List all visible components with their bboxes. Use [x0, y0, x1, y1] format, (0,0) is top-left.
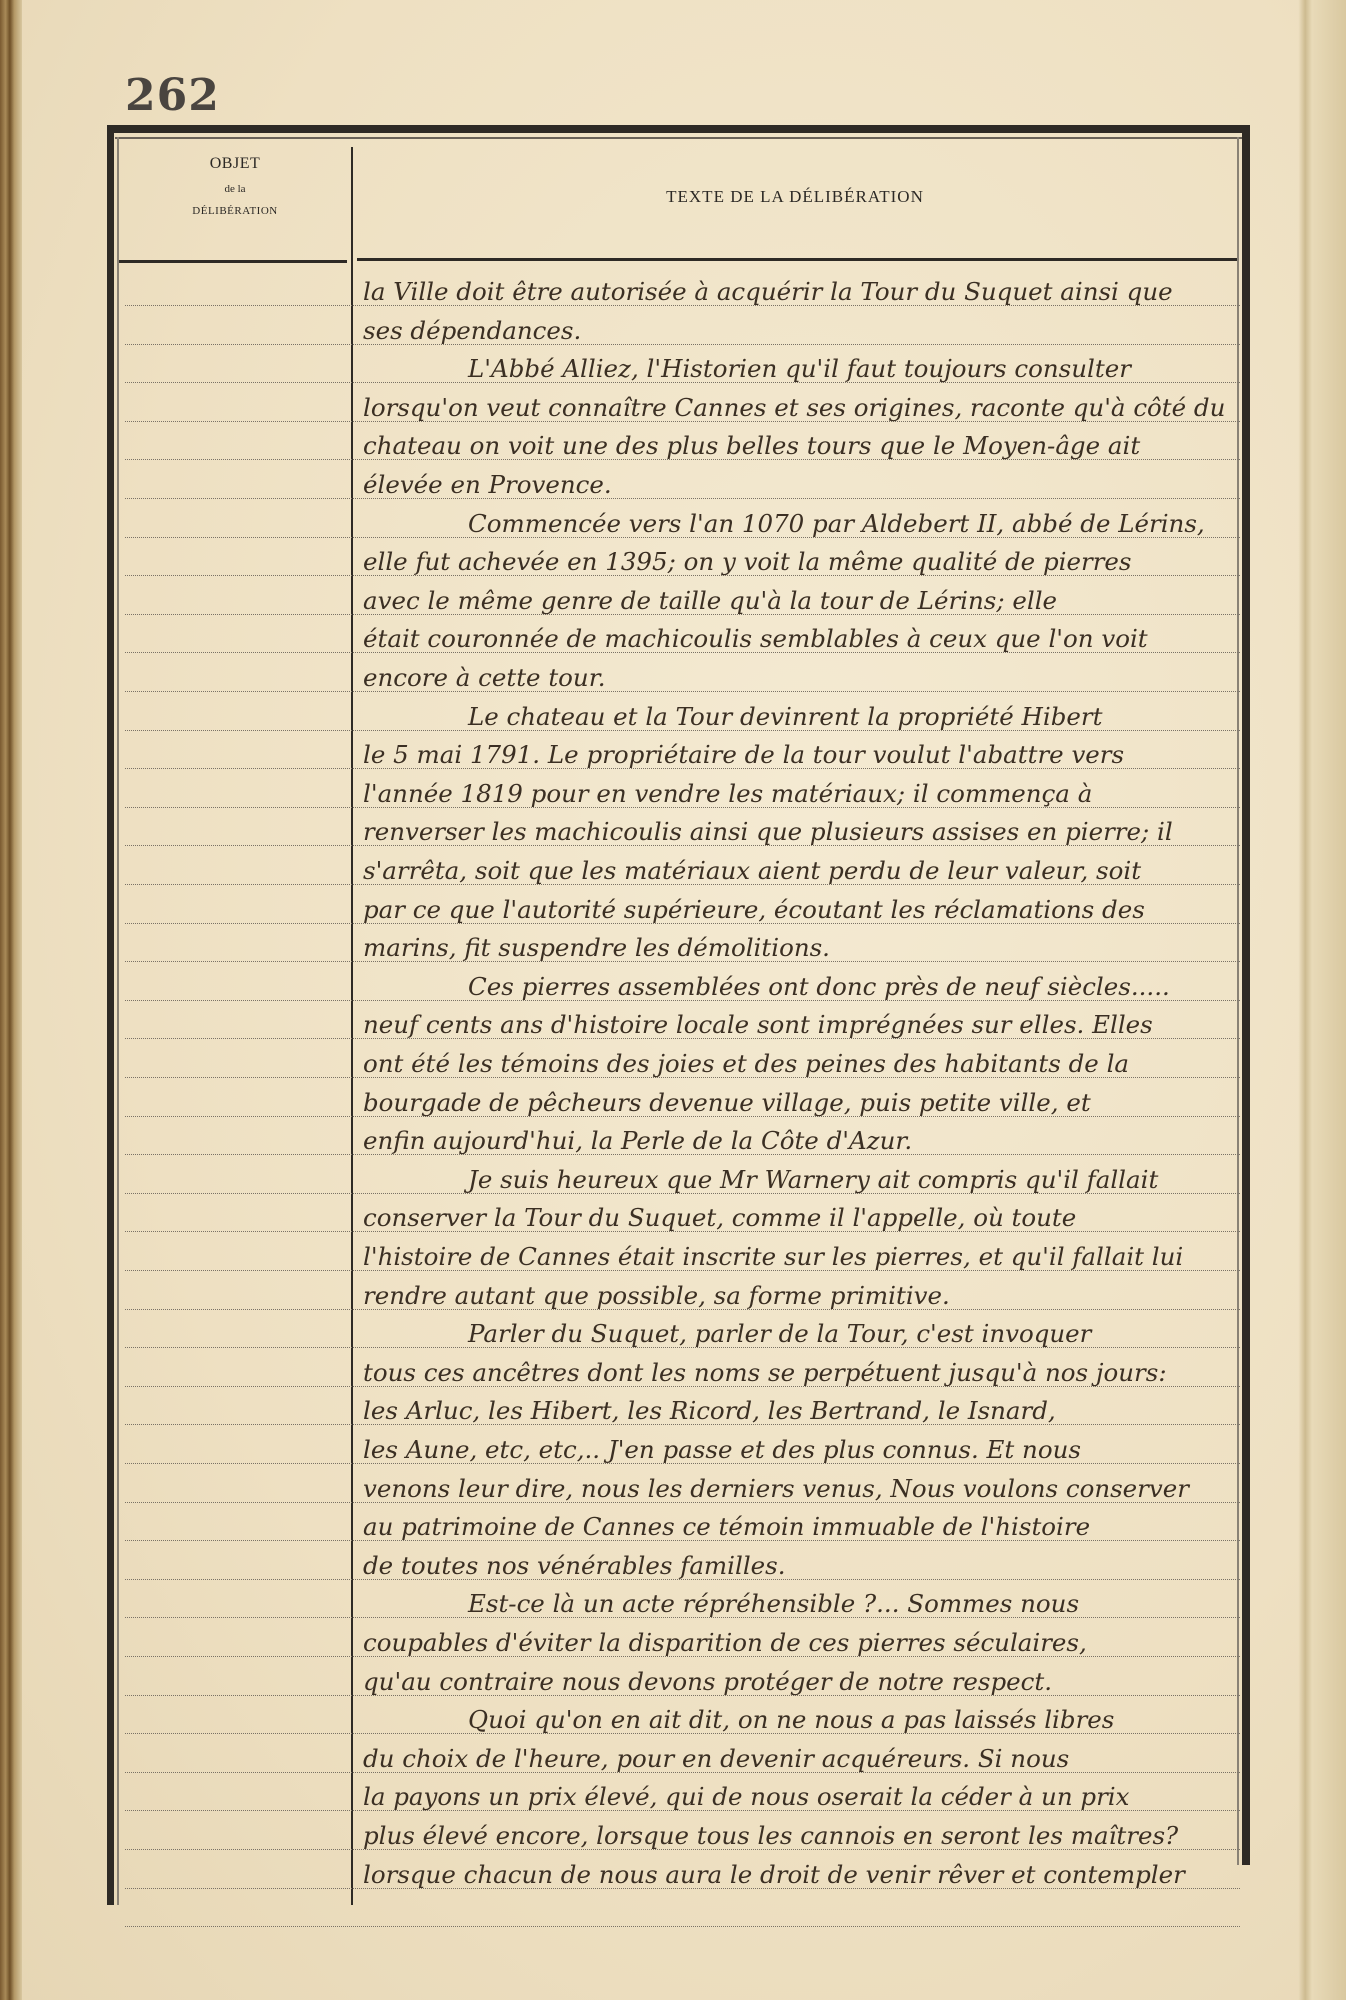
text-line: du choix de l'heure, pour en devenir acq… — [363, 1740, 1069, 1778]
text-line: rendre autant que possible, sa forme pri… — [363, 1277, 950, 1315]
text-line: plus élevé encore, lorsque tous les cann… — [363, 1817, 1178, 1855]
text-line: s'arrêta, soit que les matériaux aient p… — [363, 852, 1141, 890]
text-line: qu'au contraire nous devons protéger de … — [363, 1663, 1052, 1701]
text-line: elle fut achevée en 1395; on y voit la m… — [363, 543, 1131, 581]
text-line: enfin aujourd'hui, la Perle de la Côte d… — [363, 1122, 912, 1160]
text-line: coupables d'éviter la disparition de ces… — [363, 1624, 1087, 1662]
text-line: par ce que l'autorité supérieure, écouta… — [363, 891, 1145, 929]
text-line: Le chateau et la Tour devinrent la propr… — [363, 698, 1102, 736]
text-line: ont été les témoins des joies et des pei… — [363, 1045, 1129, 1083]
text-line: Je suis heureux que Mr Warnery ait compr… — [363, 1161, 1158, 1199]
text-line: bourgade de pêcheurs devenue village, pu… — [363, 1084, 1091, 1122]
text-line: lorsqu'on veut connaître Cannes et ses o… — [363, 389, 1225, 427]
text-line: au patrimoine de Cannes ce témoin immuab… — [363, 1508, 1090, 1546]
text-line: élevée en Provence. — [363, 466, 612, 504]
text-line: le 5 mai 1791. Le propriétaire de la tou… — [363, 736, 1124, 774]
frame-border-top-inner — [115, 137, 1242, 139]
text-line: les Arluc, les Hibert, les Ricord, les B… — [363, 1392, 1056, 1430]
ruled-line — [125, 1926, 1240, 1928]
register-page: 262 OBJET de la DÉLIBÉRATION TEXTE DE LA… — [0, 0, 1346, 2000]
text-line: conserver la Tour du Suquet, comme il l'… — [363, 1199, 1076, 1237]
text-line: de toutes nos vénérables familles. — [363, 1547, 786, 1585]
page-number: 262 — [125, 70, 220, 121]
text-line: venons leur dire, nous les derniers venu… — [363, 1470, 1189, 1508]
text-line: les Aune, etc, etc,.. J'en passe et des … — [363, 1431, 1081, 1469]
text-line: L'Abbé Alliez, l'Historien qu'il faut to… — [363, 350, 1131, 388]
text-line: encore à cette tour. — [363, 659, 606, 697]
text-line: la Ville doit être autorisée à acquérir … — [363, 273, 1173, 311]
ruled-line — [125, 691, 1240, 693]
ruled-line — [125, 344, 1240, 346]
book-binding — [0, 0, 22, 2000]
ruled-line — [125, 498, 1240, 500]
text-line: la payons un prix élevé, qui de nous ose… — [363, 1778, 1129, 1816]
text-line: Est-ce là un acte répréhensible ?... Som… — [363, 1585, 1079, 1623]
text-line: Parler du Suquet, parler de la Tour, c'e… — [363, 1315, 1091, 1353]
text-line: chateau on voit une des plus belles tour… — [363, 427, 1140, 465]
text-line: Commencée vers l'an 1070 par Aldebert II… — [363, 505, 1205, 543]
text-line: Ces pierres assemblées ont donc près de … — [363, 968, 1170, 1006]
text-line: avec le même genre de taille qu'à la tou… — [363, 582, 1057, 620]
frame-border-left — [107, 125, 114, 1905]
frame-border-right — [1242, 125, 1250, 1865]
text-line: marins, fit suspendre les démolitions. — [363, 929, 830, 967]
text-line: était couronnée de machicoulis semblable… — [363, 620, 1148, 658]
column-header-objet: OBJET de la DÉLIBÉRATION — [119, 155, 351, 217]
text-line: l'histoire de Cannes était inscrite sur … — [363, 1238, 1183, 1276]
frame-border-top — [107, 125, 1250, 133]
header-rule-right — [357, 258, 1237, 261]
text-line: neuf cents ans d'histoire locale sont im… — [363, 1006, 1153, 1044]
deliberation-table: OBJET de la DÉLIBÉRATION TEXTE DE LA DÉL… — [107, 125, 1250, 1905]
objet-deliberation-label: DÉLIBÉRATION — [119, 205, 351, 217]
column-header-texte: TEXTE DE LA DÉLIBÉRATION — [353, 187, 1237, 207]
text-line: lorsque chacun de nous aura le droit de … — [363, 1856, 1185, 1894]
text-line: l'année 1819 pour en vendre les matériau… — [363, 775, 1092, 813]
objet-label: OBJET — [119, 155, 351, 173]
text-line: Quoi qu'on en ait dit, on ne nous a pas … — [363, 1701, 1114, 1739]
objet-de-la-label: de la — [119, 183, 351, 195]
text-line: ses dépendances. — [363, 312, 581, 350]
text-line: tous ces ancêtres dont les noms se perpé… — [363, 1354, 1167, 1392]
text-line: renverser les machicoulis ainsi que plus… — [363, 813, 1173, 851]
